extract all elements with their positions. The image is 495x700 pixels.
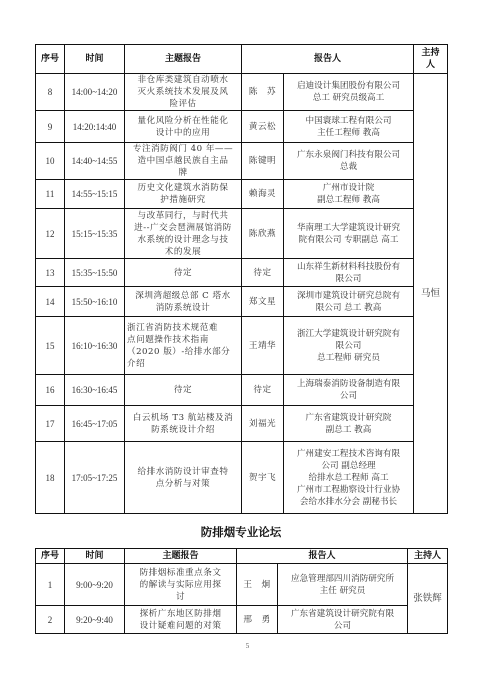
row-time: 14:00~14:20 <box>65 74 125 111</box>
row-reporter-org: 广东省建筑设计研究院 副总工 教高 <box>284 406 414 442</box>
header-topic: 主题报告 <box>125 45 242 74</box>
row-seq: 13 <box>36 259 65 287</box>
row-reporter-org: 广东永泉阀门科技有限公司 总裁 <box>284 143 414 180</box>
row-reporter-name: 陈键明 <box>242 143 284 180</box>
row-time: 16:10~16:30 <box>65 317 125 375</box>
row-reporter-name: 邢 勇 <box>237 606 278 634</box>
row-reporter-name: 待定 <box>242 375 284 406</box>
row-topic: 待定 <box>125 375 242 406</box>
row-time: 14:55~15:15 <box>65 180 125 209</box>
row-seq: 12 <box>36 209 65 259</box>
table-row: 9 14:20:14:40 量化风险分析在性能化 设计中的应用 黄云松 中国寰球… <box>36 111 448 143</box>
table-header-row: 序号 时间 主题报告 报告人 主持人 <box>36 549 448 564</box>
row-reporter-org: 山东祥生新材料科技股份有 限公司 <box>284 259 414 287</box>
row-topic: 浙江省消防技术规范难 点问题操作技术指南 （2020 版）-给排水部分 介绍 <box>125 317 242 375</box>
row-time: 16:30~16:45 <box>65 375 125 406</box>
row-reporter-name: 陈欣燕 <box>242 209 284 259</box>
header-seq: 序号 <box>36 549 65 564</box>
row-reporter-name: 王 炯 <box>237 564 278 606</box>
row-reporter-org: 上海瑞泰消防设备制造有限 公司 <box>284 375 414 406</box>
row-topic: 防排烟标准重点条文 的解读与实际应用探 讨 <box>125 564 237 606</box>
header-host: 主持 人 <box>414 45 448 74</box>
header-topic: 主题报告 <box>125 549 237 564</box>
host-cell: 马恒 <box>414 74 448 514</box>
forum-schedule-table-1: 序号 时间 主题报告 报告人 主持 人 8 14:00~14:20 非仓库类建筑… <box>35 44 448 514</box>
table-row: 2 9:20~9:40 探析广东地区防排烟 设计疑难问题的对策 邢 勇 广东省建… <box>36 606 448 634</box>
header-seq: 序号 <box>36 45 65 74</box>
row-time: 15:35~15:50 <box>65 259 125 287</box>
row-reporter-name: 陈 苏 <box>242 74 284 111</box>
row-time: 15:15~15:35 <box>65 209 125 259</box>
row-topic: 专注消防阀门 40 年—— 造中国卓越民族自主品 牌 <box>125 143 242 180</box>
row-time: 15:50~16:10 <box>65 287 125 317</box>
row-topic: 给排水消防设计审查特 点分析与对策 <box>125 442 242 514</box>
row-seq: 18 <box>36 442 65 514</box>
row-seq: 10 <box>36 143 65 180</box>
row-reporter-org: 广东省建筑设计研究院有限 公司 <box>278 606 408 634</box>
page-number: 5 <box>0 642 495 650</box>
row-seq: 17 <box>36 406 65 442</box>
row-time: 14:40~14:55 <box>65 143 125 180</box>
row-topic: 量化风险分析在性能化 设计中的应用 <box>125 111 242 143</box>
row-seq: 8 <box>36 74 65 111</box>
header-reporter: 报告人 <box>242 45 414 74</box>
row-seq: 1 <box>36 564 65 606</box>
row-topic: 与改革同行，与时代共 进--广交会琶洲展馆消防 水系统的设计理念与技 术的发展 <box>125 209 242 259</box>
table-row: 13 15:35~15:50 待定 待定 山东祥生新材料科技股份有 限公司 <box>36 259 448 287</box>
table-row: 18 17:05~17:25 给排水消防设计审查特 点分析与对策 贺宇飞 广州建… <box>36 442 448 514</box>
row-time: 9:00~9:20 <box>65 564 125 606</box>
table-row: 1 9:00~9:20 防排烟标准重点条文 的解读与实际应用探 讨 王 炯 应急… <box>36 564 448 606</box>
row-seq: 9 <box>36 111 65 143</box>
row-topic: 历史文化建筑水消防保 护措施研究 <box>125 180 242 209</box>
row-topic: 探析广东地区防排烟 设计疑难问题的对策 <box>125 606 237 634</box>
row-reporter-name: 郑文星 <box>242 287 284 317</box>
table-header-row: 序号 时间 主题报告 报告人 主持 人 <box>36 45 448 74</box>
host-cell: 张铁辉 <box>408 564 448 634</box>
row-reporter-name: 刘福光 <box>242 406 284 442</box>
row-reporter-name: 黄云松 <box>242 111 284 143</box>
row-reporter-name: 贺宇飞 <box>242 442 284 514</box>
table-row: 8 14:00~14:20 非仓库类建筑自动喷水 灭火系统技术发展及风 险评估 … <box>36 74 448 111</box>
row-time: 16:45~17:05 <box>65 406 125 442</box>
forum-schedule-table-2: 序号 时间 主题报告 报告人 主持人 1 9:00~9:20 防排烟标准重点条文… <box>35 548 448 634</box>
row-topic: 非仓库类建筑自动喷水 灭火系统技术发展及风 险评估 <box>125 74 242 111</box>
row-reporter-org: 广州市设计院 副总工程师 教高 <box>284 180 414 209</box>
table-row: 10 14:40~14:55 专注消防阀门 40 年—— 造中国卓越民族自主品 … <box>36 143 448 180</box>
row-reporter-org: 深圳市建筑设计研究总院有 限公司 总工 教高 <box>284 287 414 317</box>
row-reporter-org: 广州建安工程技术咨询有限 公司 副总经理 给排水总工程师 高工 广州市工程勘察设… <box>284 442 414 514</box>
row-reporter-name: 赖海灵 <box>242 180 284 209</box>
row-reporter-org: 应急管理部四川消防研究所 主任 研究员 <box>278 564 408 606</box>
row-seq: 16 <box>36 375 65 406</box>
row-time: 9:20~9:40 <box>65 606 125 634</box>
table-row: 17 16:45~17:05 白云机场 T3 航站楼及消 防系统设计介绍 刘福光… <box>36 406 448 442</box>
table-row: 16 16:30~16:45 待定 待定 上海瑞泰消防设备制造有限 公司 <box>36 375 448 406</box>
section-title-smoke-control-forum: 防排烟专业论坛 <box>0 524 482 540</box>
table-row: 14 15:50~16:10 深圳湾超级总部 C 塔水 消防系统设计 郑文星 深… <box>36 287 448 317</box>
row-reporter-org: 浙江大学建筑设计研究院有 限公司 总工程师 研究员 <box>284 317 414 375</box>
row-topic: 待定 <box>125 259 242 287</box>
row-reporter-name: 待定 <box>242 259 284 287</box>
row-time: 14:20:14:40 <box>65 111 125 143</box>
row-reporter-org: 中国寰球工程有限公司 主任工程师 教高 <box>284 111 414 143</box>
header-host: 主持人 <box>408 549 448 564</box>
row-topic: 白云机场 T3 航站楼及消 防系统设计介绍 <box>125 406 242 442</box>
row-seq: 15 <box>36 317 65 375</box>
row-reporter-name: 王靖华 <box>242 317 284 375</box>
row-reporter-org: 启迪设计集团股份有限公司 总工 研究员级高工 <box>284 74 414 111</box>
header-reporter: 报告人 <box>237 549 408 564</box>
header-time: 时间 <box>65 549 125 564</box>
row-topic: 深圳湾超级总部 C 塔水 消防系统设计 <box>125 287 242 317</box>
row-seq: 11 <box>36 180 65 209</box>
row-seq: 14 <box>36 287 65 317</box>
row-reporter-org: 华南理工大学建筑设计研究 院有限公司 专职副总 高工 <box>284 209 414 259</box>
row-seq: 2 <box>36 606 65 634</box>
table-row: 12 15:15~15:35 与改革同行，与时代共 进--广交会琶洲展馆消防 水… <box>36 209 448 259</box>
table-row: 11 14:55~15:15 历史文化建筑水消防保 护措施研究 赖海灵 广州市设… <box>36 180 448 209</box>
header-time: 时间 <box>65 45 125 74</box>
table-row: 15 16:10~16:30 浙江省消防技术规范难 点问题操作技术指南 （202… <box>36 317 448 375</box>
row-time: 17:05~17:25 <box>65 442 125 514</box>
